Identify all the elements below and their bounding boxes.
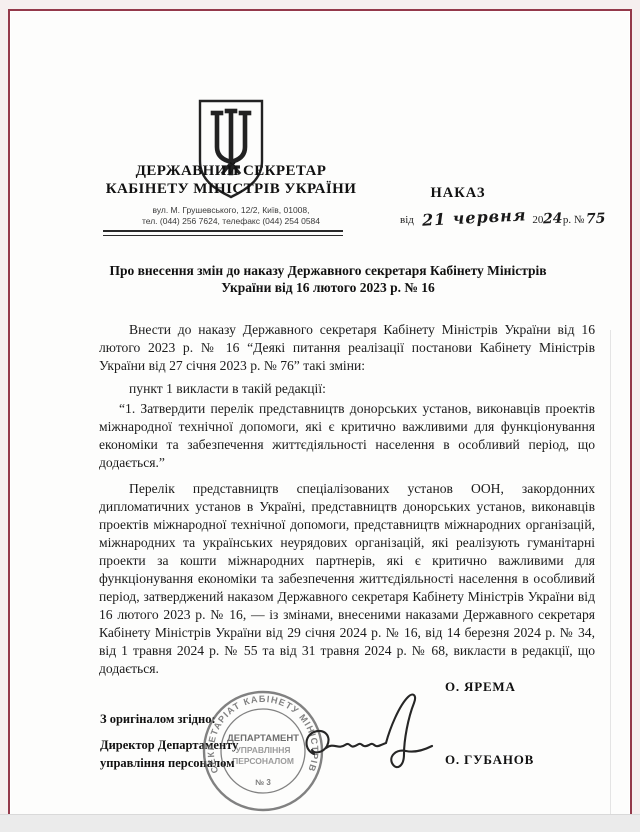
scan-artifact-line [610,330,611,815]
org-name: ДЕРЖАВНИЙ СЕКРЕТАР КАБІНЕТУ МІНІСТРІВ УК… [81,162,381,198]
org-address: вул. М. Грушевського, 12/2, Київ, 01008,… [81,205,381,227]
handwritten-date: 21 червня [421,205,526,229]
document-page: ДЕРЖАВНИЙ СЕКРЕТАР КАБІНЕТУ МІНІСТРІВ УК… [8,9,628,815]
doc-body: Внести до наказу Державного секретаря Ка… [99,321,595,683]
handwritten-year: 24 [543,211,563,228]
signer-name-yarema: О. ЯРЕМА [445,679,516,695]
handwritten-signature [300,690,442,786]
org-name-line1: ДЕРЖАВНИЙ СЕКРЕТАР [81,162,381,180]
doc-title-line2: України від 16 лютого 2023 р. № 16 [68,280,588,297]
handwritten-number: 75 [586,211,606,228]
bottom-scan-bar [0,814,640,832]
header-divider [103,230,343,236]
org-address-line2: тел. (044) 256 7624, телефакс (044) 254 … [81,216,381,227]
doc-date-line: від21 червня2024р. №75 [400,208,625,227]
doc-type-heading: НАКАЗ [408,185,508,202]
signer-name-gubanov: О. ГУБАНОВ [445,752,534,768]
year-suffix: р. № [563,214,585,226]
paragraph-4: Перелік представництв спеціалізованих ус… [99,480,595,678]
org-address-line1: вул. М. Грушевського, 12/2, Київ, 01008, [81,205,381,216]
stamp-center-line2: УПРАВЛІННЯ [235,745,290,755]
doc-title: Про внесення змін до наказу Державного с… [68,263,588,296]
paragraph-1: Внести до наказу Державного секретаря Ка… [99,321,595,375]
org-name-line2: КАБІНЕТУ МІНІСТРІВ УКРАЇНИ [81,180,381,198]
stamp-number: № 3 [255,778,271,787]
paragraph-3: “1. Затвердити перелік представництв дон… [99,400,595,472]
stamp-center-line1: ДЕПАРТАМЕНТ [227,733,299,744]
date-prefix: від [400,214,414,226]
year-printed: 20 [532,214,543,226]
stamp-center-line3: ПЕРСОНАЛОМ [232,756,294,766]
doc-title-line1: Про внесення змін до наказу Державного с… [68,263,588,280]
paragraph-2: пункт 1 викласти в такій редакції: [99,380,595,398]
